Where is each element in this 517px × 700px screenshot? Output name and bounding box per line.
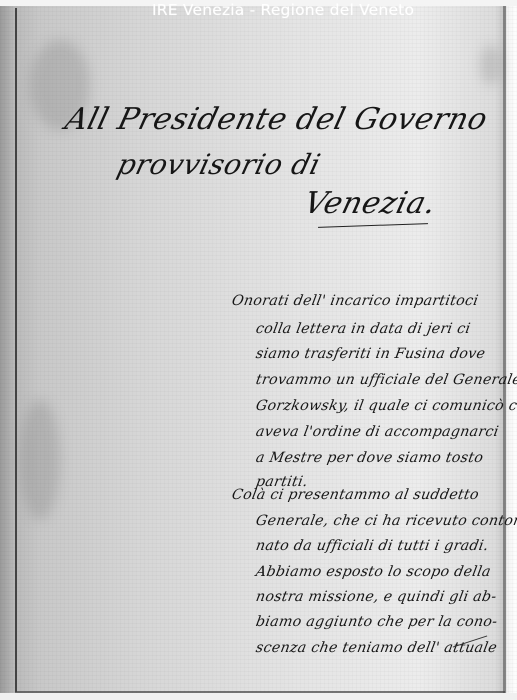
letter-line: colla lettera in data di jeri ci	[255, 321, 472, 337]
letter-line: biamo aggiunto che per la cono-	[255, 614, 499, 630]
letter-line: a Mestre per dove siamo tosto	[255, 450, 485, 466]
letter-line: trovammo un ufficiale del Generale	[255, 372, 517, 388]
letter-line: nostra missione, e quindi gli ab-	[255, 589, 498, 605]
address-heading-line-1: All Presidente del Governo	[62, 102, 492, 137]
scan-bottom-margin	[0, 693, 517, 700]
paper-stain	[480, 45, 502, 85]
heading-flourish	[318, 223, 428, 228]
letter-line: siamo trasferiti in Fusina dove	[255, 346, 487, 362]
letter-line: Onorati dell' incarico impartitoci	[231, 293, 480, 309]
letter-line: Colà ci presentammo al suddetto	[231, 487, 481, 503]
letter-line: Abbiamo esposto lo scopo della	[255, 564, 493, 580]
paper-stain	[20, 400, 60, 520]
page-fold-line	[15, 8, 17, 692]
address-heading-line-3: Venezia.	[301, 186, 440, 221]
letter-line: Generale, che ci ha ricevuto contor-	[255, 513, 517, 529]
letter-line: Gorzkowsky, il quale ci comunicò che	[255, 398, 517, 414]
address-heading-line-2: provvisorio di	[114, 148, 324, 181]
letter-line: aveva l'ordine di accompagnarci	[255, 424, 500, 440]
scanned-document-page: IRE Venezia - Regione del Veneto All Pre…	[0, 0, 517, 700]
page-right-edge	[503, 6, 506, 694]
watermark: IRE Venezia - Regione del Veneto	[152, 1, 414, 19]
letter-line: nato da ufficiali di tutti i gradi.	[255, 538, 490, 554]
